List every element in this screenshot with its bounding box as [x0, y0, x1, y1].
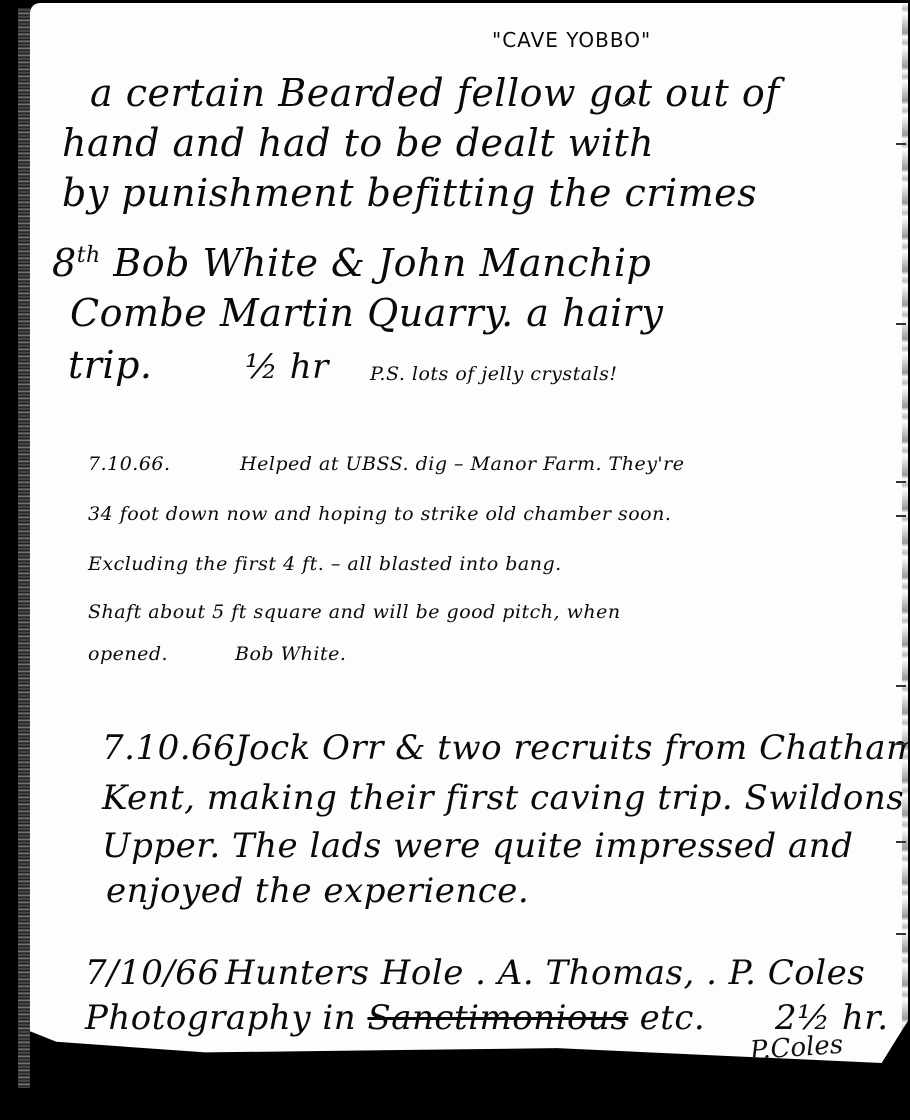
page-stack-edge: [18, 8, 30, 1088]
page-right-edge: [902, 3, 908, 1063]
margin-tick: [896, 743, 906, 745]
entry-2-line-1: 8th Bob White & John Manchip: [52, 241, 651, 285]
entry-3-line-5: opened.: [88, 643, 168, 665]
entry-3-line-3: Excluding the first 4 ft. – all blasted …: [88, 553, 562, 575]
entry-4-line-1: Jock Orr & two recruits from Chatham,: [235, 728, 910, 768]
scanned-logbook-page: "CAVE YOBBO" a certain Bearded fellow go…: [0, 0, 910, 1120]
insertion-caret: ^: [620, 95, 638, 120]
entry-1-line-1: a certain Bearded fellow got out of: [90, 71, 780, 115]
book-binding: [0, 0, 18, 1120]
entry-4-date: 7.10.66: [102, 728, 235, 768]
margin-tick: [896, 933, 906, 935]
entry-2-postscript: P.S. lots of jelly crystals!: [370, 363, 618, 385]
entry-5-activity: Photography in: [85, 998, 356, 1038]
entry-3-line-4: Shaft about 5 ft square and will be good…: [88, 601, 621, 623]
entry-5-struck-word: Sanctimonious: [367, 998, 628, 1038]
entry-2-duration: ½ hr: [245, 347, 329, 387]
entry-3-signature: Bob White.: [235, 643, 346, 665]
entry-4-line-3: Upper. The lads were quite impressed and: [102, 826, 853, 866]
entry-3-line-2: 34 foot down now and hoping to strike ol…: [88, 503, 671, 525]
margin-tick: [896, 515, 906, 517]
entry-2-line-3: trip.: [68, 343, 153, 387]
entry-2-participants: Bob White & John Manchip: [113, 241, 651, 285]
entry-5-line-2: Photography in Sanctimonious etc.: [85, 998, 705, 1038]
entry-5-signature: P.Coles: [749, 1030, 844, 1066]
margin-tick: [896, 323, 906, 325]
entry-1-line-3: by punishment befitting the crimes: [62, 171, 757, 215]
entry-5-etc: etc.: [640, 998, 706, 1038]
logbook-page: "CAVE YOBBO" a certain Bearded fellow go…: [30, 3, 908, 1063]
entry-5-line-1: Hunters Hole . A. Thomas, . P. Coles: [225, 953, 865, 993]
entry-3-date: 7.10.66.: [88, 453, 171, 475]
margin-tick: [896, 841, 906, 843]
entry-4-line-2: Kent, making their first caving trip. Sw…: [102, 778, 904, 818]
entry-5-date: 7/10/66: [85, 953, 220, 993]
entry-4-line-4: enjoyed the experience.: [106, 871, 529, 911]
margin-tick: [896, 143, 906, 145]
margin-tick: [896, 685, 906, 687]
entry-1-line-2: hand and had to be dealt with: [62, 121, 654, 165]
entry-2-date: 8: [52, 241, 77, 285]
entry-2-line-2: Combe Martin Quarry. a hairy: [70, 291, 663, 335]
entry-1-annotation: "CAVE YOBBO": [492, 28, 651, 52]
entry-2-date-suffix: th: [77, 243, 101, 268]
entry-3-line-1: Helped at UBSS. dig – Manor Farm. They'r…: [240, 453, 684, 475]
margin-tick: [896, 481, 906, 483]
